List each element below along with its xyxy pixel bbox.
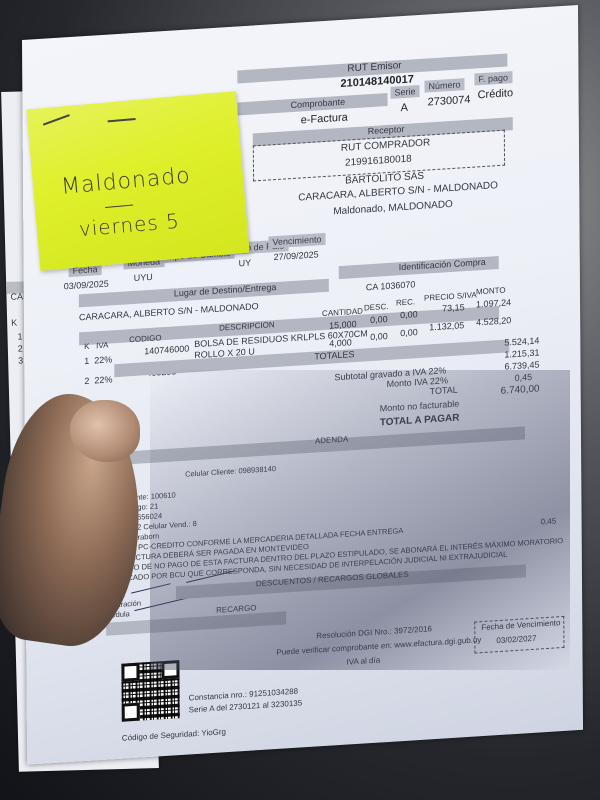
row-monto: 1.097,24 <box>476 297 511 309</box>
id-compra-value: CA 1036070 <box>366 279 416 292</box>
verificar-url: Puede verificar comprobante en: www.efac… <box>276 635 481 657</box>
note-line-1: Maldonado <box>60 163 192 199</box>
note-divider <box>105 205 133 208</box>
numero-label: Número <box>424 78 464 93</box>
numero-value: 2730074 <box>428 94 471 109</box>
row-monto: 4.528,20 <box>476 315 511 327</box>
total-label: TOTAL <box>430 385 458 397</box>
note-line-2: viernes 5 <box>78 209 181 242</box>
signature-scribble <box>131 583 171 593</box>
total-value: 6.739,45 <box>504 359 539 371</box>
row-rec: 0,00 <box>400 327 418 338</box>
comprobante-value: e-Factura <box>301 112 348 127</box>
col-desc: DESC. <box>364 302 389 313</box>
row-iva: 22% <box>94 374 112 385</box>
row-desc: 0,00 <box>370 331 388 342</box>
row-codigo: 140746000 <box>144 343 189 356</box>
adenda-header-bar <box>115 426 525 465</box>
back-k-label: K <box>11 318 17 328</box>
total-a-pagar-label: TOTAL A PAGAR <box>380 413 460 429</box>
serie-value: A <box>401 102 408 114</box>
forma-pago-label: F. pago <box>474 71 512 85</box>
col-iva: IVA <box>96 341 108 351</box>
recargo-bar <box>106 611 286 635</box>
moneda-value: UYU <box>134 272 153 283</box>
staple-icon <box>108 118 136 122</box>
no-facturable-value: 0,45 <box>515 372 533 383</box>
receptor-address: CARACARA, ALBERTO S/N - MALDONADO <box>298 180 498 204</box>
qr-code <box>121 660 179 722</box>
resolucion-dgi: Resolución DGI Nro.: 3972/2016 <box>316 624 432 640</box>
no-facturable-label: Monto no facturable <box>380 399 460 414</box>
vencimiento-value: 27/09/2025 <box>274 249 319 262</box>
subtotal-value: 5.524,14 <box>504 335 539 347</box>
adenda-line: Celular Cliente: 098938140 <box>185 464 276 479</box>
col-monto: MONTO <box>476 286 506 297</box>
row-precio: 73,15 <box>442 302 465 313</box>
serie-label: Serie <box>390 85 419 99</box>
row-cantidad: 15,000 <box>329 319 357 331</box>
fecha-value: 03/09/2025 <box>64 279 109 292</box>
forma-pago-value: Crédito <box>478 87 514 101</box>
row-iva: 22% <box>94 354 112 365</box>
col-precio: PRECIO S/IVA <box>424 290 477 302</box>
codigo-pais-value: UY <box>239 258 252 269</box>
row-k: 2 <box>84 376 89 386</box>
vencimiento-label: Vencimiento <box>268 233 325 249</box>
col-rec: REC. <box>396 297 415 307</box>
codigo-seguridad: Código de Seguridad: YioGrg <box>122 727 226 743</box>
row-cantidad: 4,000 <box>329 337 352 348</box>
row-precio: 1.132,05 <box>429 320 464 332</box>
iva-value: 1.215,31 <box>504 347 539 359</box>
total-a-pagar-value: 6.740,00 <box>501 383 540 396</box>
receptor-city: Maldonado, MALDONADO <box>333 199 453 218</box>
row-iva: 1 <box>84 356 89 366</box>
adenda-side-value: 0,45 <box>541 516 557 526</box>
iva-al-dia: IVA al día <box>346 655 380 666</box>
sticky-note: Maldonado viernes 5 <box>26 91 249 271</box>
row-rec: 0,00 <box>400 309 418 320</box>
row-desc: 0,00 <box>370 314 388 325</box>
staple-icon <box>43 114 70 125</box>
col-k: K <box>84 342 89 351</box>
col-codigo: CODIGO <box>129 333 162 344</box>
thumb <box>70 400 140 462</box>
